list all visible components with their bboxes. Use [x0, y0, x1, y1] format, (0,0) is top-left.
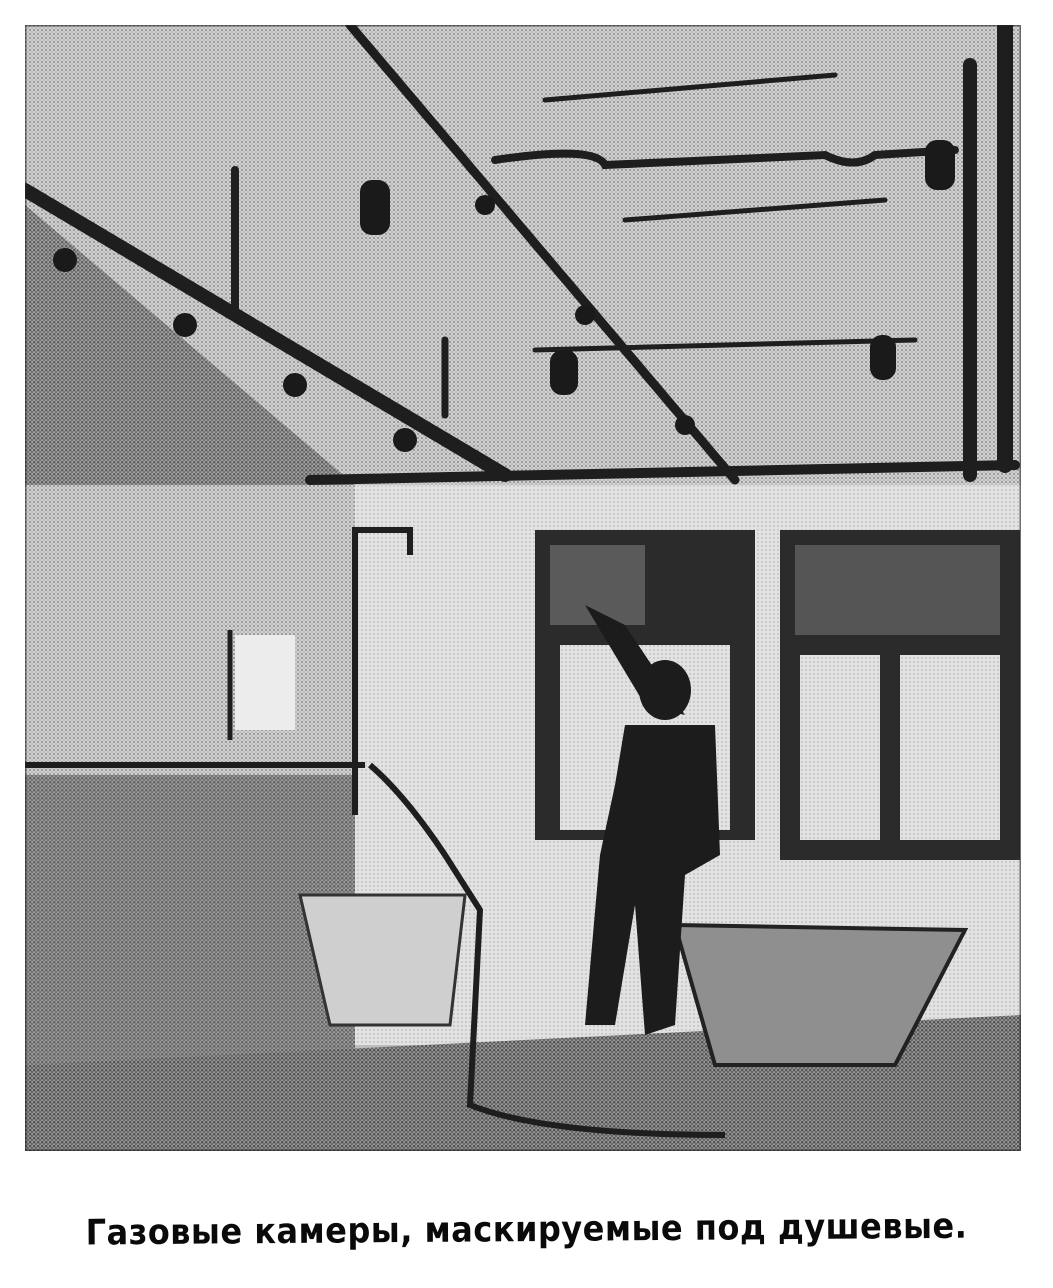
left-wall-upper [25, 485, 355, 775]
wall-panel [235, 635, 295, 730]
photo-caption: Газовые камеры, маскируемые под душевые. [0, 1204, 1053, 1254]
photo-scene [25, 25, 1021, 1151]
halftone-photograph [25, 25, 1021, 1151]
